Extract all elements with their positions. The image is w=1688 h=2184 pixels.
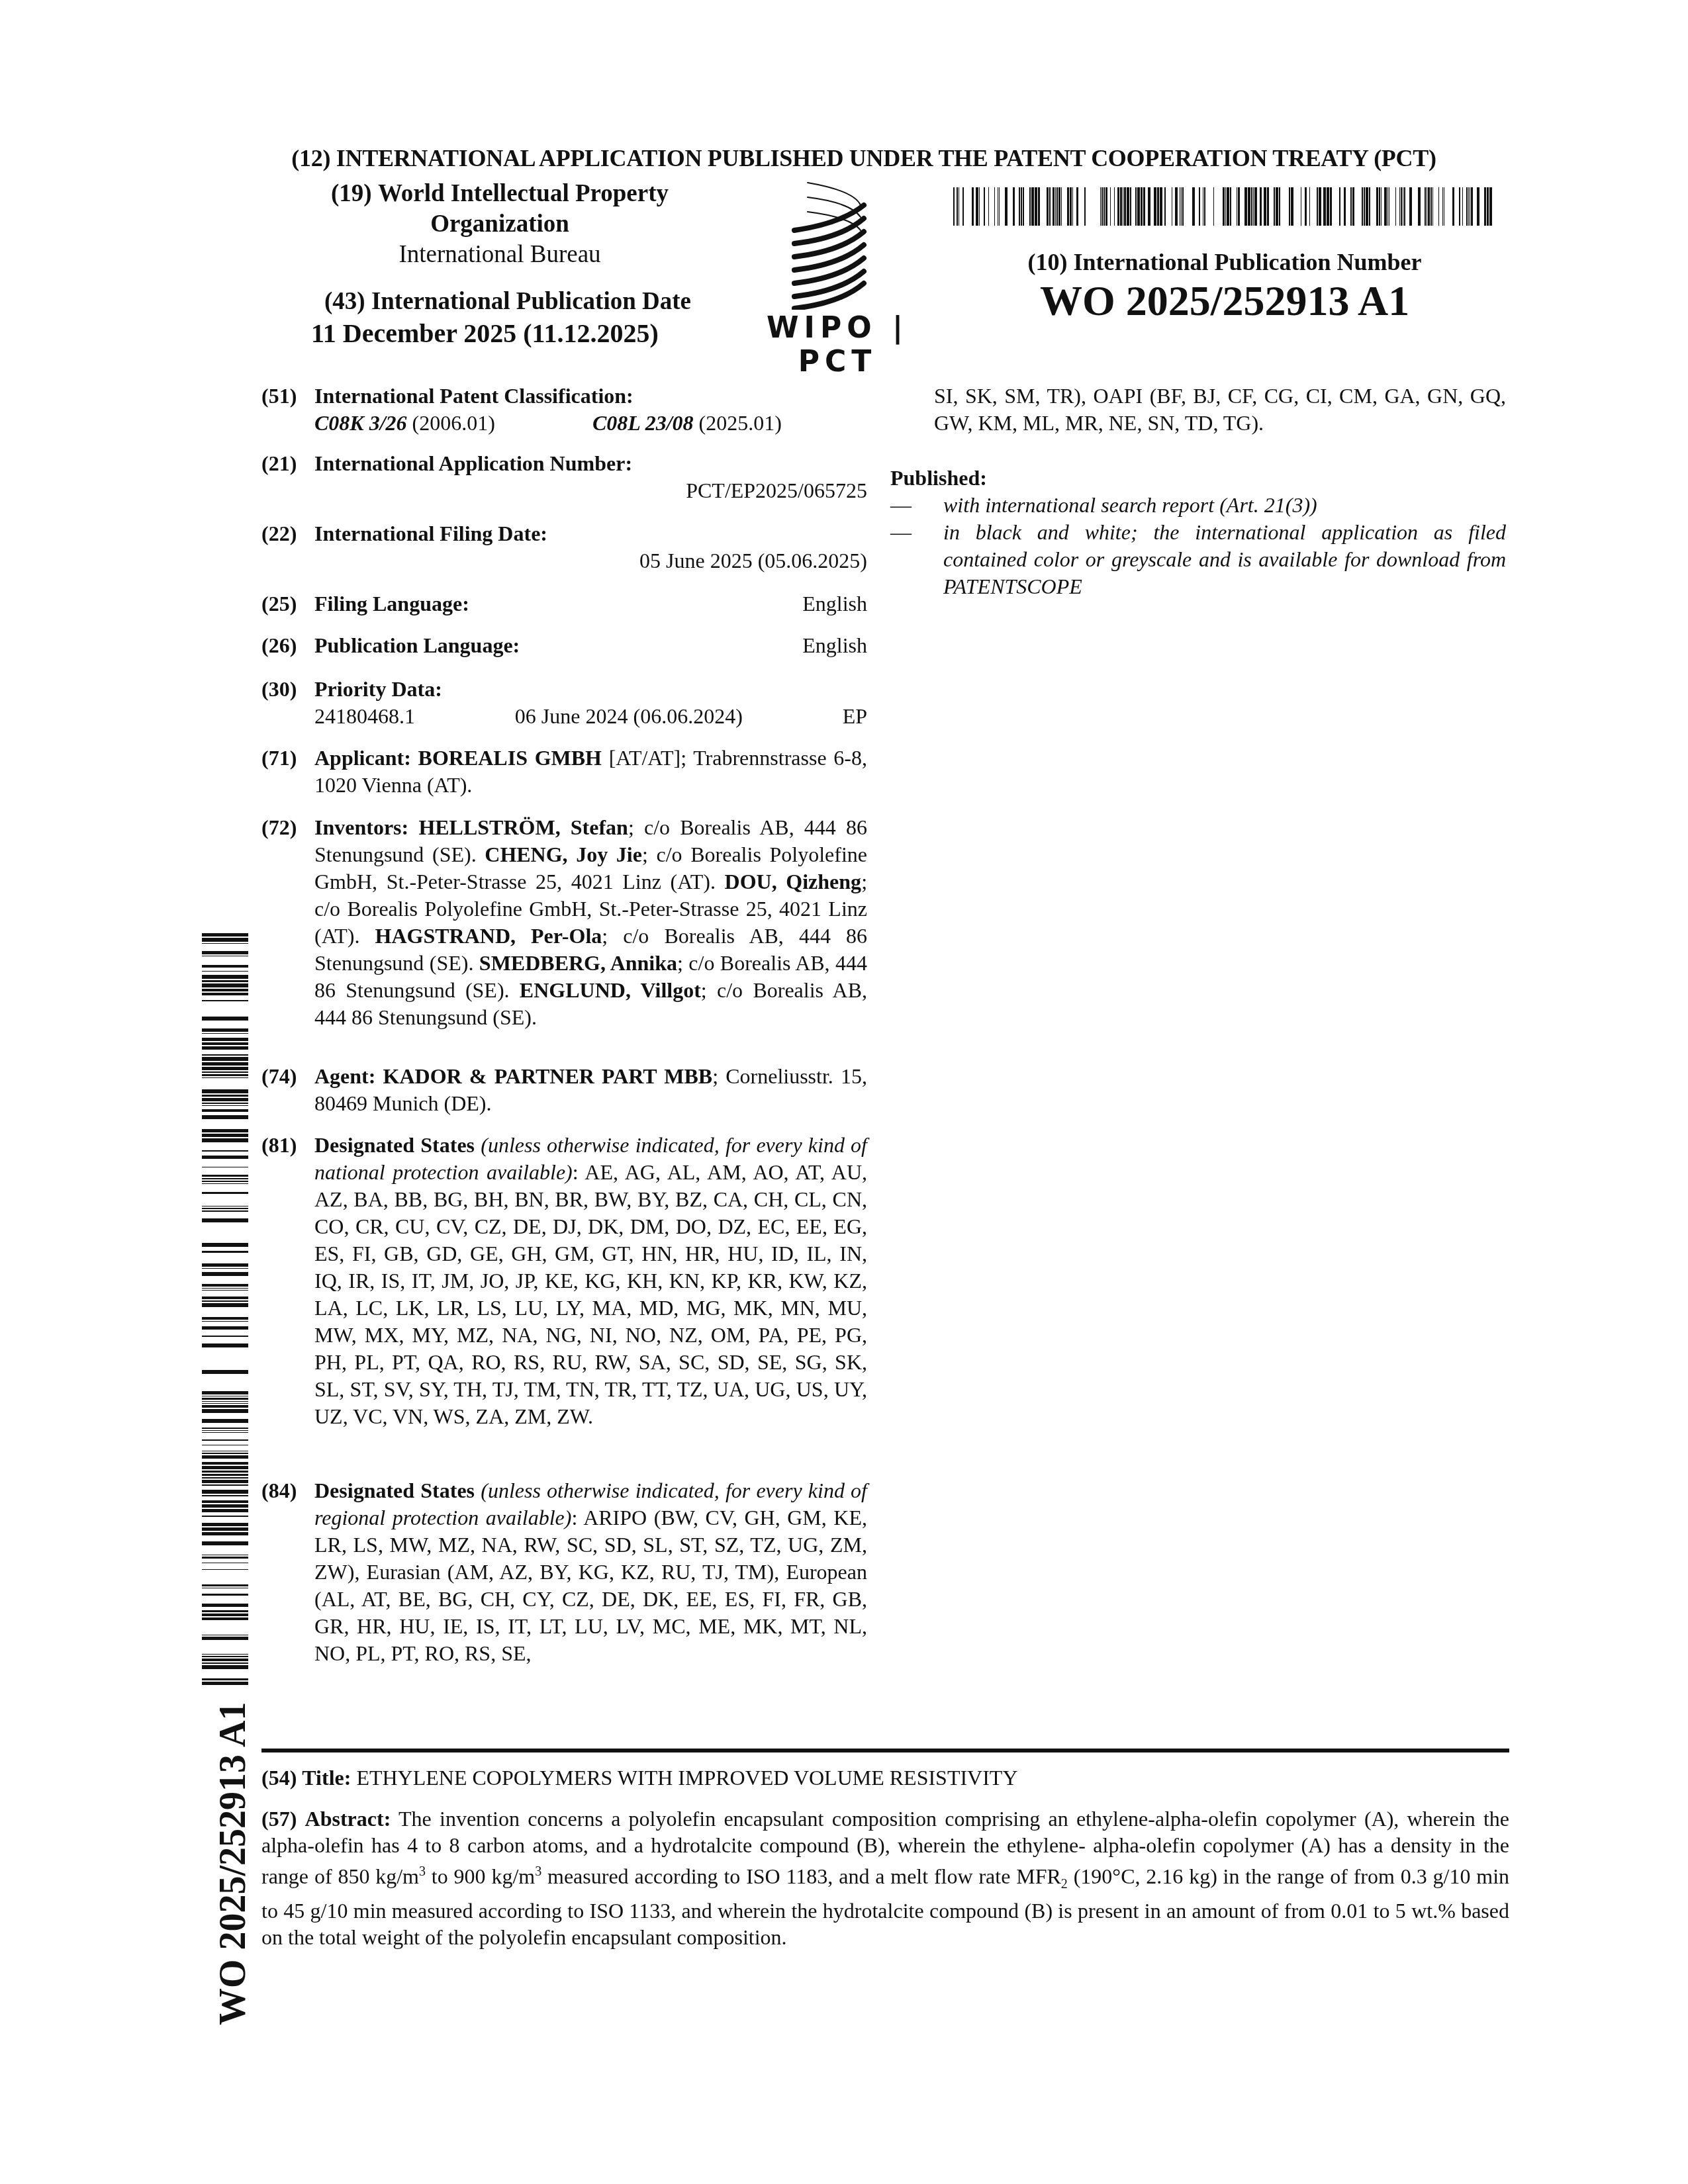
publication-date: 11 December 2025 (11.12.2025)	[311, 318, 708, 349]
issuing-organization: (19) World Intellectual Property Organiz…	[311, 179, 688, 270]
inventor-name: HELLSTRÖM, Stefan	[418, 815, 628, 839]
field-84-continuation: SI, SK, SM, TR), OAPI (BF, BJ, CF, CG, C…	[890, 383, 1506, 437]
vertical-barcode-icon	[202, 933, 248, 1688]
field-code: (22)	[261, 520, 297, 547]
publication-number: WO 2025/252913 A1	[966, 277, 1483, 326]
field-code: (72)	[261, 814, 297, 841]
priority-date: 06 June 2024 (06.06.2024)	[515, 703, 743, 730]
field-72-inventors: (72) Inventors: HELLSTRÖM, Stefan; c/o B…	[261, 814, 867, 1031]
field-71-applicant: (71) Applicant: BOREALIS GMBH [AT/AT]; T…	[261, 745, 867, 799]
field-code: (54)	[261, 1766, 297, 1790]
document-type-heading: (12) INTERNATIONAL APPLICATION PUBLISHED…	[265, 144, 1463, 172]
abstract-field: (57) Abstract: The invention concerns a …	[261, 1805, 1509, 1950]
subscript: 2	[1061, 1877, 1068, 1891]
publication-date-label: (43) International Publication Date	[311, 286, 708, 318]
published-section: Published: — with international search r…	[890, 465, 1506, 600]
applicant-name: BOREALIS GMBH	[418, 746, 602, 770]
published-item: — in black and white; the international …	[890, 519, 1506, 600]
inventor-name: ENGLUND, Villgot	[520, 978, 701, 1002]
field-code: (71)	[261, 745, 297, 772]
field-30-priority-data: (30) Priority Data: 24180468.1 06 June 2…	[261, 676, 867, 730]
dash-icon: —	[890, 519, 912, 546]
inventor-name: HAGSTRAND, Per-Ola	[375, 924, 602, 948]
field-label: International Patent Classification:	[314, 383, 867, 410]
superscript: 3	[535, 1864, 541, 1879]
publication-language: English	[802, 632, 867, 659]
field-26-publication-language: (26) Publication Language: English	[261, 632, 867, 659]
barcode-icon	[953, 187, 1496, 226]
publication-number-label: (10) International Publication Number	[966, 248, 1483, 276]
ipc-class-1-date: (2006.01)	[412, 411, 495, 435]
published-item-text: in black and white; the international ap…	[943, 520, 1506, 598]
priority-office: EP	[843, 703, 867, 730]
published-label: Published:	[890, 465, 1506, 492]
abstract-text: measured according to ISO 1183, and a me…	[541, 1864, 1061, 1888]
field-code: (25)	[261, 590, 297, 617]
field-74-agent: (74) Agent: KADOR & PARTNER PART MBB; Co…	[261, 1063, 867, 1117]
field-label: International Filing Date:	[314, 520, 867, 547]
wipo-pct-wordmark: WIPO | PCT	[728, 311, 947, 379]
inventor-name: DOU, Qizheng	[725, 870, 862, 893]
ipc-class-2-date: (2025.01)	[699, 411, 782, 435]
field-label: Priority Data:	[314, 676, 867, 703]
field-81-designated-states-national: (81) Designated States (unless otherwise…	[261, 1132, 867, 1430]
national-states-list: : AE, AG, AL, AM, AO, AT, AU, AZ, BA, BB…	[314, 1160, 867, 1428]
application-number: PCT/EP2025/065725	[314, 477, 867, 504]
filing-date: 05 June 2025 (05.06.2025)	[314, 547, 867, 574]
section-divider	[261, 1749, 1509, 1752]
field-label: Inventors:	[314, 815, 408, 839]
org-name-line2: Organization	[311, 209, 688, 240]
regional-states-list: : ARIPO (BW, CV, GH, GM, KE, LR, LS, MW,…	[314, 1506, 867, 1665]
vertical-publication-number: WO 2025/252913 A1	[212, 1702, 254, 2025]
org-bureau: International Bureau	[311, 240, 688, 270]
org-name-line1: World Intellectual Property	[378, 180, 669, 207]
field-code: (30)	[261, 676, 297, 703]
field-22-filing-date: (22) International Filing Date: 05 June …	[261, 520, 867, 574]
field-code: (51)	[261, 383, 297, 410]
ipc-class-2: C08L 23/08	[592, 411, 694, 435]
ipc-class-1: C08K 3/26	[314, 411, 407, 435]
org-code: (19)	[331, 180, 372, 207]
field-label: International Application Number:	[314, 450, 867, 477]
title-field: (54) Title: ETHYLENE COPOLYMERS WITH IMP…	[261, 1766, 1509, 1790]
field-code: (57)	[261, 1807, 297, 1831]
agent-name: KADOR & PARTNER PART MBB	[383, 1064, 713, 1088]
field-label: Filing Language:	[314, 590, 469, 617]
abstract-text: to 900 kg/m	[426, 1864, 535, 1888]
field-code: (81)	[261, 1132, 297, 1159]
field-label: Publication Language:	[314, 632, 520, 659]
field-label: Designated States	[314, 1479, 475, 1502]
field-25-filing-language: (25) Filing Language: English	[261, 590, 867, 617]
field-21-application-number: (21) International Application Number: P…	[261, 450, 867, 504]
publication-date-block: (43) International Publication Date 11 D…	[311, 286, 708, 349]
field-label: Applicant:	[314, 746, 411, 770]
field-code: (74)	[261, 1063, 297, 1090]
published-item: — with international search report (Art.…	[890, 492, 1506, 519]
superscript: 3	[419, 1864, 426, 1879]
published-item-text: with international search report (Art. 2…	[943, 493, 1317, 517]
invention-title: ETHYLENE COPOLYMERS WITH IMPROVED VOLUME…	[356, 1766, 1017, 1790]
field-label: Abstract:	[305, 1807, 391, 1831]
field-code: (84)	[261, 1477, 297, 1504]
field-84-designated-states-regional: (84) Designated States (unless otherwise…	[261, 1477, 867, 1667]
dash-icon: —	[890, 492, 912, 519]
field-51-classification: (51) International Patent Classification…	[261, 383, 867, 437]
field-label: Agent:	[314, 1064, 375, 1088]
field-label: Title:	[302, 1766, 351, 1790]
regional-states-continuation: SI, SK, SM, TR), OAPI (BF, BJ, CF, CG, C…	[934, 383, 1506, 437]
field-label: Designated States	[314, 1133, 475, 1157]
priority-number: 24180468.1	[314, 703, 415, 730]
inventor-name: CHENG, Joy Jie	[485, 842, 642, 866]
filing-language: English	[802, 590, 867, 617]
inventor-name: SMEDBERG, Annika	[479, 951, 677, 975]
field-code: (21)	[261, 450, 297, 477]
field-code: (26)	[261, 632, 297, 659]
